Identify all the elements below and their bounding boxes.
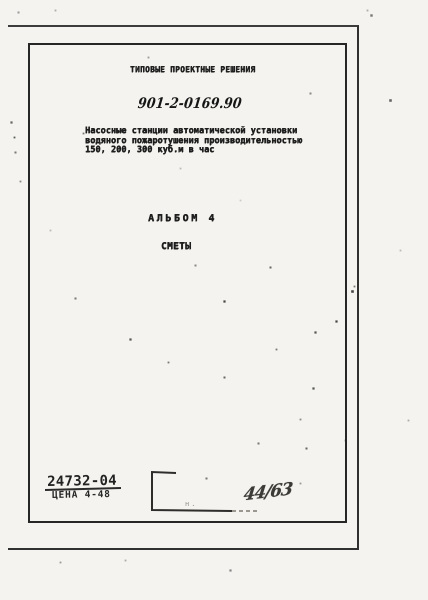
stamp-faint-text: н. bbox=[185, 500, 197, 508]
scan-noise-specks bbox=[0, 0, 1, 1]
scanned-title-page: ТИПОВЫЕ ПРОЕКТНЫЕ РЕШЕНИЯ 901-2-0169.90 … bbox=[0, 0, 428, 600]
price-label: ЦЕНА 4-48 bbox=[52, 489, 111, 501]
series-number: 901-2-0169.90 bbox=[137, 95, 243, 112]
description-block: Насосные станции автоматической установк… bbox=[85, 127, 302, 156]
description-line-3: 150, 200, 300 куб.м в час bbox=[85, 146, 302, 156]
inner-frame bbox=[28, 43, 347, 523]
album-subtitle: СМЕТЫ bbox=[161, 241, 191, 252]
document-type-heading: ТИПОВЫЕ ПРОЕКТНЫЕ РЕШЕНИЯ bbox=[130, 65, 255, 74]
album-title: АЛЬБОМ 4 bbox=[148, 213, 217, 224]
